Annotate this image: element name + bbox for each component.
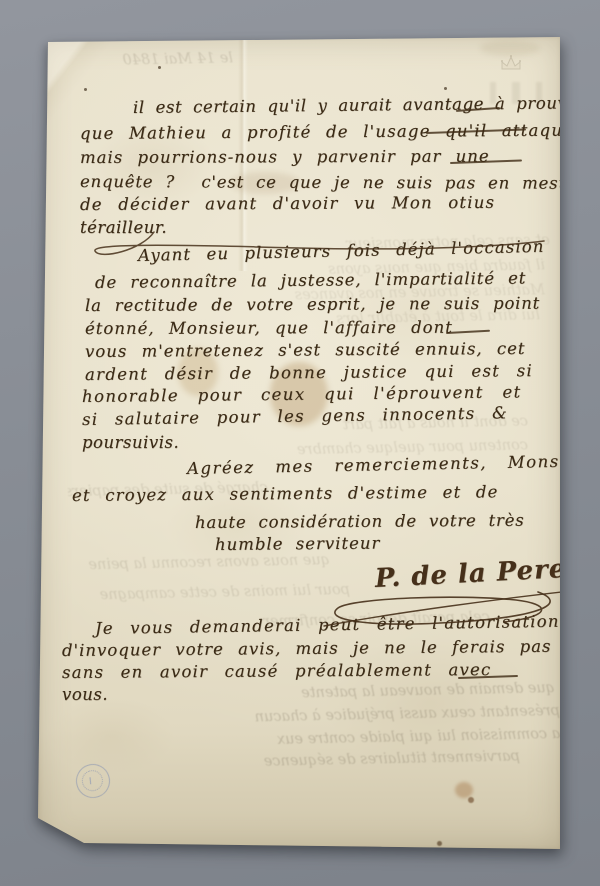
letter-line: humble serviteur <box>215 536 381 554</box>
letter-line: vous. <box>62 687 108 704</box>
letter-line: honorable pour ceux qui l'éprouvent et <box>82 384 522 405</box>
paper-shadow-wrap: le 14 Mai 1840 et sans cela notre monsie… <box>0 0 600 886</box>
ink-speck <box>84 88 87 91</box>
scanned-letter-photo: le 14 Mai 1840 et sans cela notre monsie… <box>0 0 600 886</box>
letter-line: étonné, Monsieur, que l'affaire dont <box>85 320 453 338</box>
crown-watermark-icon <box>498 54 524 74</box>
letter-line: vous m'entretenez s'est suscité ennuis, … <box>85 341 526 361</box>
bleedthrough-line: la commission lui qui plaide contre eux <box>175 726 565 753</box>
letter-line: haute considération de votre très <box>195 513 525 532</box>
foxing-spot <box>468 797 474 803</box>
letter-line: que Mathieu a profité de l'usage qu'il a… <box>80 123 574 143</box>
letter-line: enquête ? c'est ce que je ne suis pas en… <box>80 174 589 192</box>
letter-line: de reconnaître la justesse, l'impartiali… <box>95 270 526 291</box>
signature: P. de la Pereire <box>374 552 600 594</box>
ink-speck <box>444 87 447 90</box>
letter-line: il est certain qu'il y aurait avantage à… <box>133 95 587 116</box>
letter-line: térailleur. <box>80 220 167 237</box>
letter-line: mais pourrions-nous y parvenir par une <box>80 149 490 167</box>
letter-line: la rectitude de votre esprit, je ne suis… <box>85 296 540 315</box>
library-stamp <box>72 760 115 803</box>
letter-line: ardent désir de bonne justice qui est si <box>85 363 533 383</box>
bleedthrough-line: le 14 Mai 1840 <box>73 50 233 72</box>
letter-line: poursuivis. <box>82 435 179 452</box>
bleedthrough-line: parviennent titulaires de séquence <box>180 748 520 774</box>
letter-line: Ayant eu plusieurs fois déjà l'occasion <box>138 239 545 265</box>
letter-line: d'invoquer votre avis, mais je ne le fer… <box>62 639 552 660</box>
library-stamp-mark <box>89 777 96 785</box>
bleedthrough-line: présentant ceux aussi préjudice à chacun <box>180 703 560 730</box>
bottom-toning <box>38 730 561 850</box>
letter-line: Je vous demanderai peut être l'autorisat… <box>95 614 560 638</box>
letter-paper: le 14 Mai 1840 et sans cela notre monsie… <box>38 36 561 850</box>
letter-line: si salutaire pour les gens innocents & <box>82 405 508 428</box>
letter-line: Agréez mes remerciements, Monsieur <box>187 453 600 477</box>
letter-line: de décider avant d'avoir vu Mon otius <box>80 195 495 214</box>
letter-line: et croyez aux sentiments d'estime et de <box>72 484 499 504</box>
ink-speck <box>158 66 161 69</box>
letter-line: sans en avoir causé préalablement avec <box>62 662 492 681</box>
foxing-spot <box>455 782 473 798</box>
bleedthrough-line: que demain de nouveau la patente <box>185 680 555 707</box>
foxing-spot <box>437 841 442 846</box>
bleedthrough-line: que nous avons reconnu la peine <box>60 552 330 577</box>
bleedthrough-line: pour lui moins de cette campagne <box>60 582 350 607</box>
